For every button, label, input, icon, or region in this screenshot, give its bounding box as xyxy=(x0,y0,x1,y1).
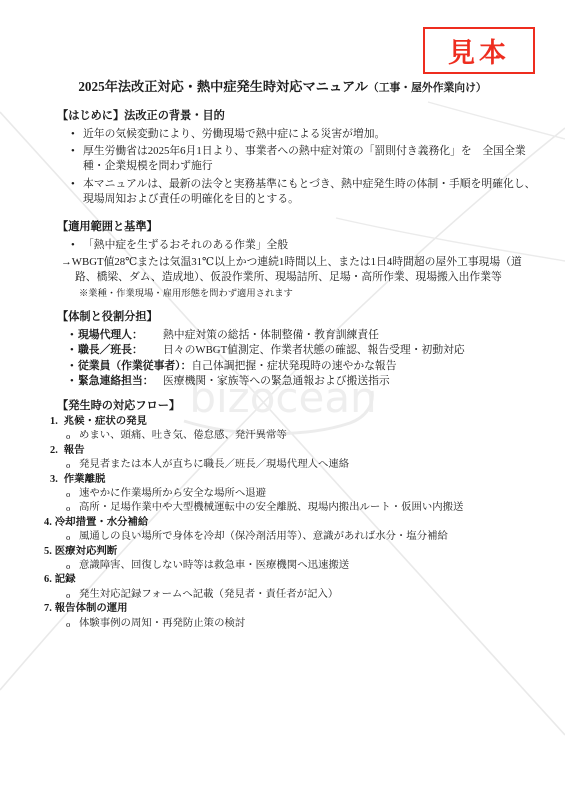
step-number: 7. xyxy=(44,603,52,614)
step-title: 冷却措置・水分補給 xyxy=(55,517,149,528)
section-scope: 【適用範囲と基準】 「熱中症を生ずるおそれのある作業」全般 →WBGT値28℃ま… xyxy=(57,221,539,301)
section-heading: 【はじめに】法改正の背景・目的 xyxy=(57,110,539,122)
step-sub-item: めまい、頭痛、吐き気、倦怠感、発汗異常等 xyxy=(65,429,544,443)
section-intro: 【はじめに】法改正の背景・目的 近年の気候変動により、労働現場で熱中症による災害… xyxy=(57,110,539,209)
step-title: 作業離脱 xyxy=(64,474,106,485)
role-desc: 自己体調把握・症状発現時の速やかな報告 xyxy=(191,359,539,374)
step-title: 兆候・症状の発見 xyxy=(64,416,147,427)
role-row: 従業員（作業従事者）： 自己体調把握・症状発現時の速やかな報告 xyxy=(57,359,539,374)
step-number: 1. xyxy=(50,416,58,427)
role-label: 現場代理人： xyxy=(78,328,163,343)
step-number: 6. xyxy=(44,574,52,585)
step-title: 報告 xyxy=(64,445,85,456)
section-flow: 【発生時の対応フロー】 1.兆候・症状の発見 めまい、頭痛、吐き気、倦怠感、発汗… xyxy=(44,400,544,631)
role-desc: 日々のWBGT値測定、作業者状態の確認、報告受理・初動対応 xyxy=(163,343,539,358)
role-row: 緊急連絡担当： 医療機関・家族等への緊急通報および搬送指示 xyxy=(57,374,539,389)
bullet-item: 厚生労働省は2025年6月1日より、事業者への熱中症対策の「罰則付き義務化」を … xyxy=(57,144,539,174)
flow-step: 2.報告 xyxy=(44,444,544,458)
scope-note: ※業種・作業現場・雇用形態を問わず適用されます xyxy=(79,288,539,301)
section-heading: 【適用範囲と基準】 xyxy=(57,221,539,233)
step-sub-item: 発見者または本人が直ちに職長／班長／現場代理人へ連絡 xyxy=(65,458,544,472)
step-number: 5. xyxy=(44,546,52,557)
role-desc: 熱中症対策の総括・体制整備・教育訓練責任 xyxy=(163,328,539,343)
flow-step: 6.記録 xyxy=(44,573,544,587)
role-label: 緊急連絡担当： xyxy=(78,374,163,389)
flow-step: 5.医療対応判断 xyxy=(44,545,544,559)
flow-step: 4.冷却措置・水分補給 xyxy=(44,516,544,530)
section-heading: 【発生時の対応フロー】 xyxy=(57,400,544,412)
role-label: 従業員（作業従事者）： xyxy=(78,359,191,374)
step-sub-item: 速やかに作業場所から安全な場所へ退避 xyxy=(65,487,544,501)
bullet-item: 「熱中症を生ずるおそれのある作業」全般 xyxy=(57,238,539,253)
role-desc: 医療機関・家族等への緊急通報および搬送指示 xyxy=(163,374,539,389)
step-sub-item: 風通しの良い場所で身体を冷却（保冷剤活用等）、意識があれば水分・塩分補給 xyxy=(65,530,544,544)
step-number: 4. xyxy=(44,517,52,528)
sample-stamp: 見本 xyxy=(423,27,535,74)
bullet-item: 本マニュアルは、最新の法令と実務基準にもとづき、熱中症発生時の体制・手順を明確化… xyxy=(57,177,539,207)
flow-step: 3.作業離脱 xyxy=(44,473,544,487)
title-suffix: （工事・屋外作業向け） xyxy=(368,82,487,94)
document-page: bizocean 見本 2025年法改正対応・熱中症発生時対応マニュアル（工事・… xyxy=(0,0,565,800)
role-row: 職長／班長： 日々のWBGT値測定、作業者状態の確認、報告受理・初動対応 xyxy=(57,343,539,358)
page-title: 2025年法改正対応・熱中症発生時対応マニュアル（工事・屋外作業向け） xyxy=(0,76,565,96)
step-sub-item: 高所・足場作業中や大型機械運転中の安全離脱、現場内搬出ルート・仮囲い内搬送 xyxy=(65,501,544,515)
step-number: 2. xyxy=(50,445,58,456)
title-main: 2025年法改正対応・熱中症発生時対応マニュアル xyxy=(78,79,368,94)
section-roles: 【体制と役割分担】 現場代理人： 熱中症対策の総括・体制整備・教育訓練責任 職長… xyxy=(57,311,539,390)
step-sub-item: 体験事例の周知・再発防止策の検討 xyxy=(65,617,544,631)
step-sub-item: 発生対応記録フォームへ記載（発見者・責任者が記入） xyxy=(65,588,544,602)
arrow-note: →WBGT値28℃または気温31℃以上かつ連続1時間以上、または1日4時間超の屋… xyxy=(61,255,539,285)
step-title: 医療対応判断 xyxy=(55,546,117,557)
flow-step: 1.兆候・症状の発見 xyxy=(44,415,544,429)
step-title: 記録 xyxy=(55,574,76,585)
role-label: 職長／班長： xyxy=(78,343,163,358)
step-sub-item: 意識障害、回復しない時等は救急車・医療機関へ迅速搬送 xyxy=(65,559,544,573)
flow-step: 7.報告体制の運用 xyxy=(44,602,544,616)
sample-stamp-label: 見本 xyxy=(448,31,510,70)
role-row: 現場代理人： 熱中症対策の総括・体制整備・教育訓練責任 xyxy=(57,328,539,343)
step-number: 3. xyxy=(50,474,58,485)
section-heading: 【体制と役割分担】 xyxy=(57,311,539,323)
step-title: 報告体制の運用 xyxy=(55,603,128,614)
bullet-item: 近年の気候変動により、労働現場で熱中症による災害が増加。 xyxy=(57,127,539,142)
